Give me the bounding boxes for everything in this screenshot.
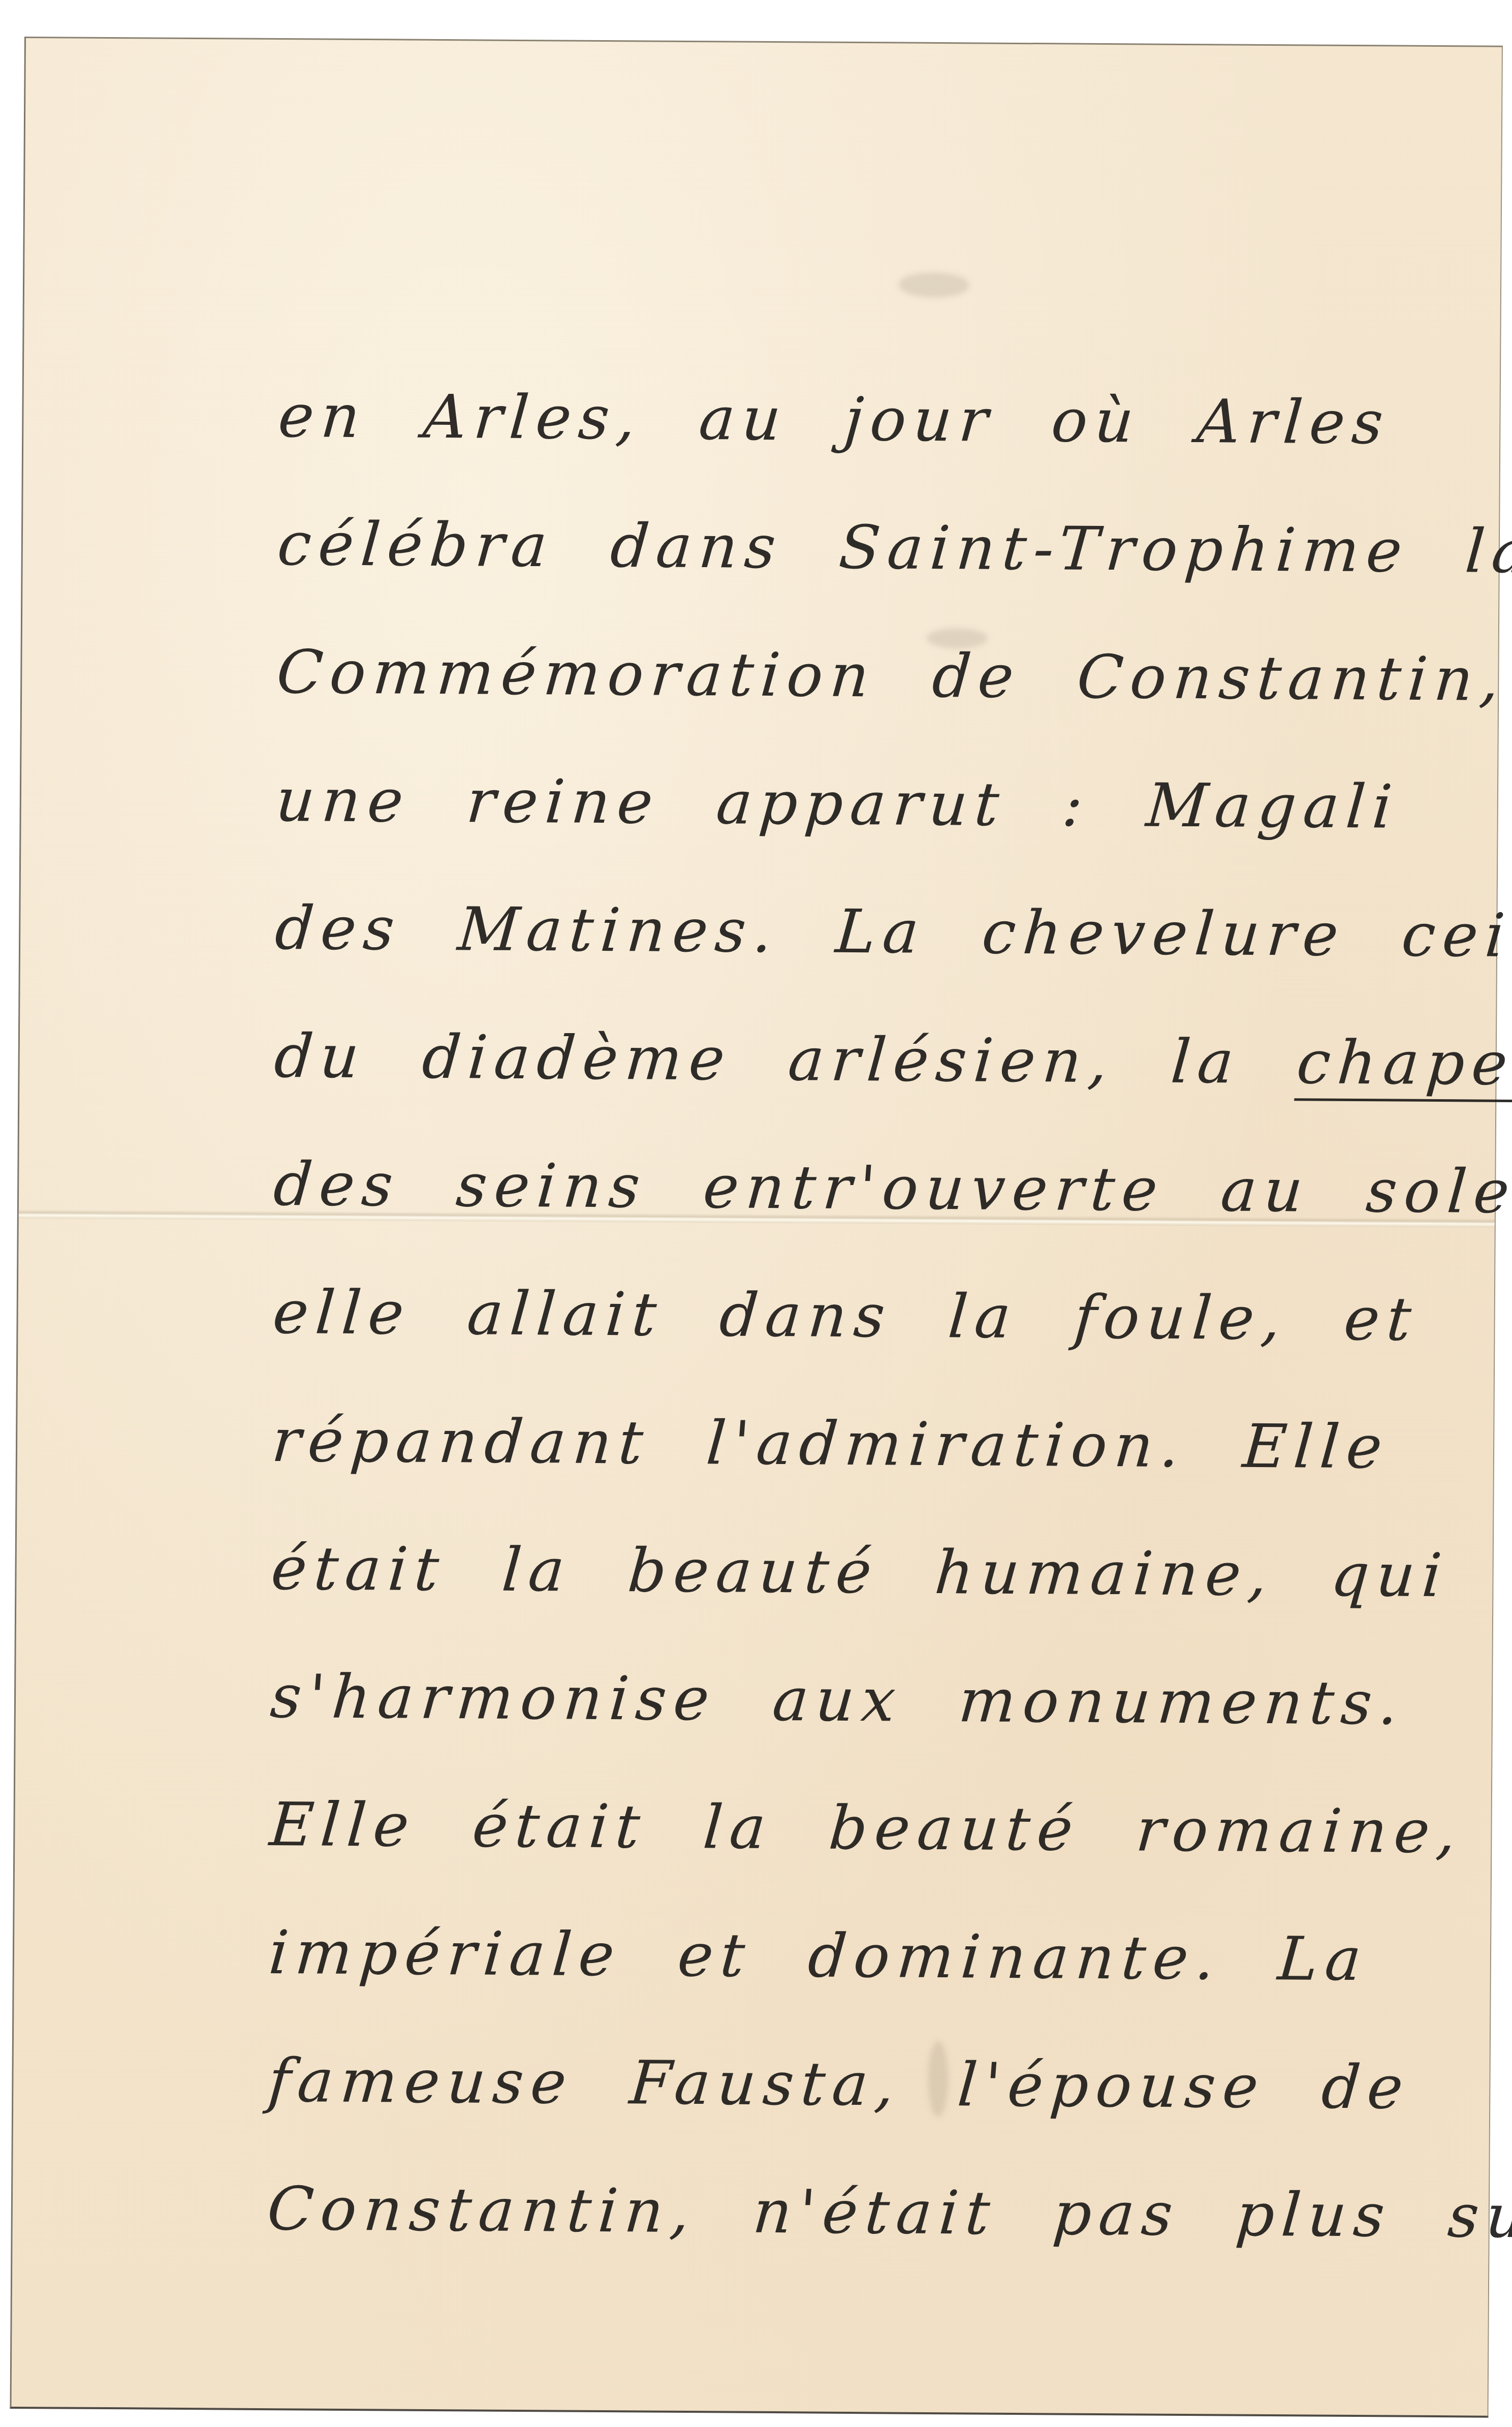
text-line: répandant l'admiration. Elle [266,1389,1475,1524]
text-line: Commémoration de Constantin, [271,621,1480,756]
letter-page: en Arles, au jour où Arles célébra dans … [10,37,1502,2418]
text-line: une reine apparut : Magali [270,749,1479,884]
ink-smudge [898,272,969,298]
text-fragment: du diadème arlésien, la [272,1021,1300,1097]
text-line: fameuse Fausta, l'épouse de [263,2030,1471,2165]
text-line: était la beauté humaine, qui [266,1517,1474,1653]
text-line: du diadème arlésien, la chapelle [269,1005,1477,1140]
text-line: s'harmonise aux monuments. [265,1645,1473,1781]
text-line: des seins entr'ouverte au soleil, [268,1133,1476,1268]
text-line: elle allait dans la foule, et [267,1261,1476,1396]
text-line: Elle était la beauté romaine, [264,1773,1473,1909]
handwritten-text: en Arles, au jour où Arles célébra dans … [266,365,1477,2293]
text-line: en Arles, au jour où Arles [273,365,1482,500]
text-line: célébra dans Saint-Trophime la [272,493,1480,628]
text-line: des Matines. La chevelure ceinte [270,877,1478,1012]
text-line: Constantin, n'était pas plus superbe. [262,2158,1470,2293]
underlined-word: chapelle [1295,1027,1512,1099]
text-line: impériale et dominante. La [263,1902,1472,2037]
